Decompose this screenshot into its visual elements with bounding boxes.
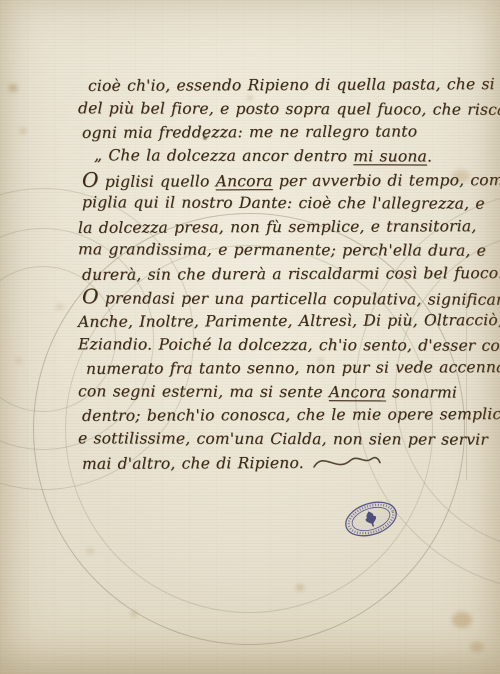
dante-quote-line: „ Che la dolcezza ancor dentro mi suona. (94, 144, 498, 169)
underlined-word: Ancora (216, 172, 273, 190)
manuscript-line: mai d'altro, che di Ripieno. (82, 451, 498, 476)
manuscript-line: O piglisi quello Ancora per avverbio di … (82, 167, 498, 192)
foxing-spot (20, 128, 26, 134)
line-text: sonarmi (386, 383, 457, 401)
manuscript-line: O prendasi per una particella copulativa… (82, 286, 498, 311)
line-text: O prendasi per una particella copulativa… (82, 290, 500, 310)
line-text: O piglisi quello (82, 173, 216, 192)
line-text: del più bel fiore, e posto sopra quel fu… (78, 99, 500, 119)
manuscript-line: e sottilissime, com'una Cialda, non sien… (78, 427, 498, 452)
manuscript-line: del più bel fiore, e posto sopra quel fu… (78, 97, 498, 122)
manuscript-scan: cioè ch'io, essendo Ripieno di quella pa… (0, 0, 500, 674)
underlined-word: Ancora (329, 383, 386, 401)
line-text: mai d'altro, che di Ripieno. (82, 453, 304, 472)
manuscript-line: con segni esterni, ma si sente Ancora so… (78, 380, 498, 405)
line-text: . (427, 147, 432, 165)
line-text: numerato fra tanto senno, non pur si ved… (86, 358, 500, 378)
manuscript-line: numerato fra tanto senno, non pur si ved… (86, 356, 498, 381)
manuscript-line: durerà, sin che durerà a riscaldarmi cos… (82, 262, 498, 287)
line-text: la dolcezza presa, non fù semplice, e tr… (78, 217, 477, 237)
line-text: ma grandissima, e permanente; perch'ella… (78, 240, 486, 259)
line-text: durerà, sin che durerà a riscaldarmi cos… (82, 264, 500, 284)
line-text: dentro; bench'io conosca, che le mie ope… (82, 405, 500, 425)
manuscript-line: ma grandissima, e permanente; perch'ella… (78, 238, 498, 263)
manuscript-line: dentro; bench'io conosca, che le mie ope… (82, 403, 498, 428)
manuscript-line: la dolcezza presa, non fù semplice, e tr… (78, 215, 498, 240)
manuscript-line: ogni mia freddezza: me ne rallegro tanto (82, 120, 498, 145)
manuscript-line: Eziandio. Poiché la dolcezza, ch'io sent… (78, 333, 498, 358)
manuscript-line: piglia qui il nostro Dante: cioè che l'a… (82, 191, 498, 216)
line-text: ogni mia freddezza: me ne rallegro tanto (82, 123, 417, 142)
foxing-spot (470, 642, 484, 652)
line-text: Anche, Inoltre, Parimente, Altresì, Di p… (78, 311, 500, 331)
line-text: „ Che la dolcezza ancor dentro (94, 146, 353, 165)
manuscript-line: cioè ch'io, essendo Ripieno di quella pa… (88, 73, 498, 98)
manuscript-text: cioè ch'io, essendo Ripieno di quella pa… (78, 74, 498, 475)
foxing-spot (452, 612, 472, 628)
line-text: cioè ch'io, essendo Ripieno di quella pa… (88, 75, 500, 95)
pen-flourish (312, 454, 382, 472)
underlined-word: mi suona (353, 147, 427, 165)
manuscript-line: Anche, Inoltre, Parimente, Altresì, Di p… (78, 309, 498, 334)
line-text: piglia qui il nostro Dante: cioè che l'a… (82, 193, 485, 212)
line-text: Eziandio. Poiché la dolcezza, ch'io sent… (78, 335, 500, 355)
line-text: per avverbio di tempo, come lo (273, 171, 500, 190)
foxing-spot (8, 84, 18, 92)
line-text: e sottilissime, com'una Cialda, non sien… (78, 429, 488, 448)
line-text: con segni esterni, ma si sente (78, 382, 329, 401)
